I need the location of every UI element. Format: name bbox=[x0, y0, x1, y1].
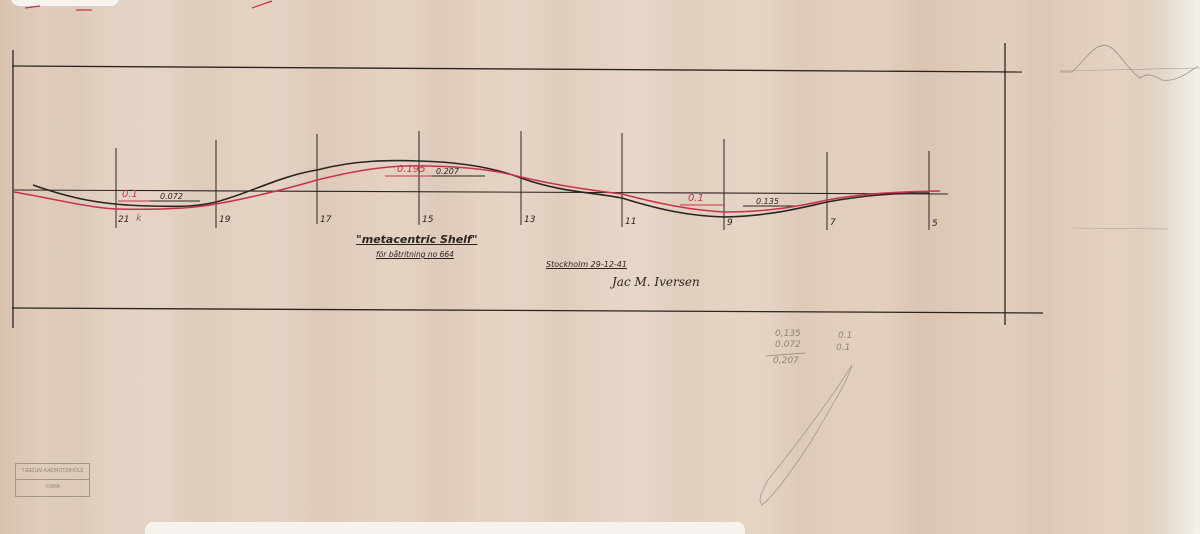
pencil-sketch-top-right bbox=[1060, 45, 1198, 80]
drawing-subtitle: för båtritning no 664 bbox=[376, 250, 454, 259]
station-label-17: 17 bbox=[320, 215, 331, 225]
station-label-9: 9 bbox=[727, 218, 733, 228]
station-label-13: 13 bbox=[524, 215, 535, 225]
station-lines bbox=[116, 131, 929, 230]
annotation-red-9: 0.1 bbox=[688, 193, 704, 204]
annotation-red-21: 0.1 bbox=[122, 189, 138, 200]
station-label-21: 21 bbox=[118, 215, 129, 225]
station-label-7: 7 bbox=[830, 218, 836, 228]
red-curve bbox=[14, 166, 940, 212]
drawing-title: "metacentric Shelf" bbox=[356, 233, 477, 246]
station-label-15: 15 bbox=[422, 215, 433, 225]
signature: Jac M. Iversen bbox=[612, 275, 700, 289]
station-label-19: 19 bbox=[219, 215, 230, 225]
annotation-black-21: 0.072 bbox=[160, 192, 183, 201]
stamp-line2: ARKIV bbox=[16, 480, 89, 495]
annotation-black-15: 0.207 bbox=[436, 167, 459, 176]
station-label-5: 5 bbox=[932, 219, 938, 229]
place-date: Stockholm 29-12-41 bbox=[546, 260, 627, 269]
red-marks-top bbox=[25, 1, 272, 10]
pencil-calc-sum: 0,207 bbox=[773, 356, 799, 366]
baseline bbox=[14, 190, 948, 194]
pencil-lens-sketch bbox=[760, 365, 852, 505]
pencil-calc-line2: 0.072 bbox=[775, 340, 801, 350]
drawing-sheet: 21 19 17 15 13 11 9 7 5 k 0.1 0.072 0.19… bbox=[0, 0, 1200, 534]
station-label-11: 11 bbox=[625, 217, 636, 227]
pencil-calc-right1: 0.1 bbox=[838, 331, 852, 341]
annotation-red-15: 0.195 bbox=[397, 164, 426, 175]
border-frame bbox=[12, 43, 1043, 328]
torn-paper-bottom bbox=[145, 522, 745, 534]
small-mark: k bbox=[136, 213, 142, 224]
pencil-calc-line1: 0,135 bbox=[775, 329, 801, 339]
pencil-calc-right2: 0.1 bbox=[836, 343, 850, 353]
annotation-black-9: 0.135 bbox=[756, 197, 779, 206]
stamp-line1: SJÖHISTORISKA MUSEET bbox=[16, 464, 89, 480]
archive-stamp: SJÖHISTORISKA MUSEET ARKIV bbox=[15, 463, 90, 497]
